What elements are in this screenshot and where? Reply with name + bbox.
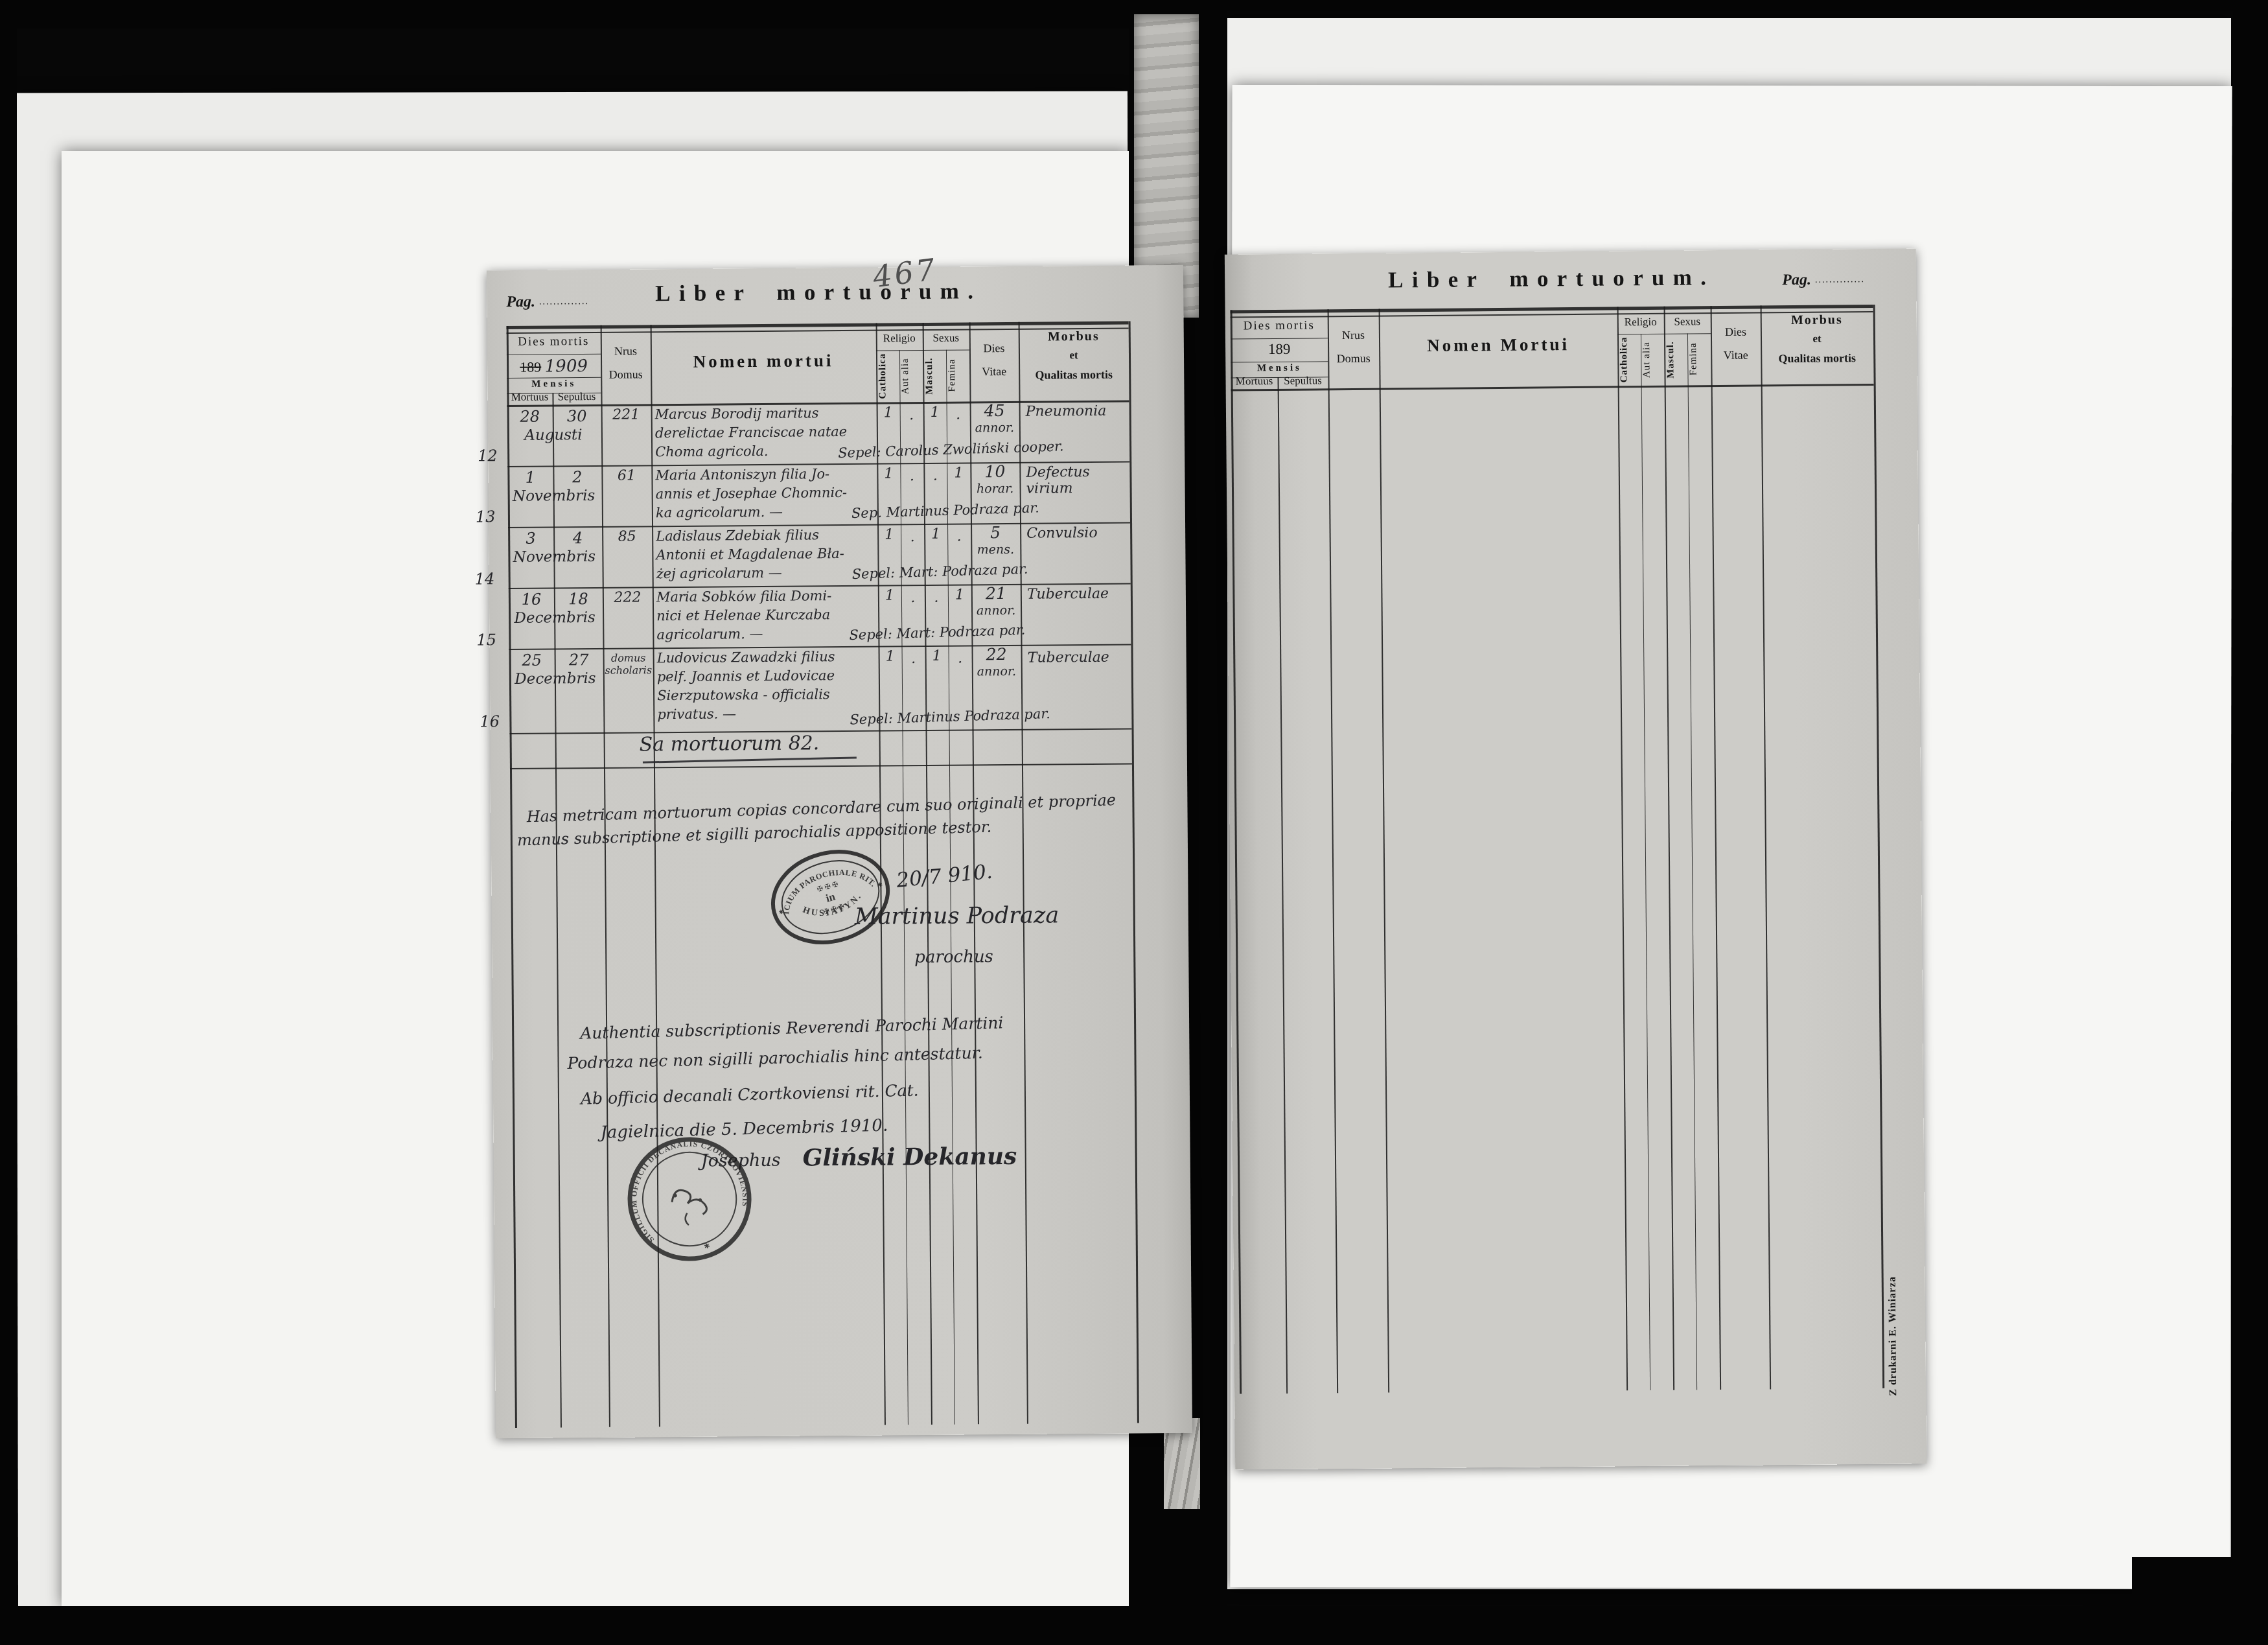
column-rule (1617, 307, 1628, 1390)
mark-mascul: 1 (925, 648, 949, 664)
summa-underline (643, 756, 857, 763)
oval-stamp-center: in (824, 890, 837, 904)
decanal-signature: Josephus Gliński Dekanus (701, 1143, 1017, 1172)
col-dies: Dies (1711, 325, 1761, 339)
frame-left (0, 0, 17, 1645)
mark-catholica: 1 (879, 648, 902, 664)
col-year: 189 1909 (507, 356, 601, 377)
decanal-line: Podraza nec non sigilli parochialis hinc… (567, 1044, 983, 1073)
col-sexus: Sexus (923, 331, 969, 345)
mortuus-day: 28 (507, 407, 553, 426)
mark-femina: . (947, 528, 971, 544)
col-femina: Femina (1688, 336, 1711, 382)
cause-of-death: Pneumonia (1026, 402, 1129, 419)
mark-mascul: 1 (924, 526, 947, 542)
table-rule (507, 354, 601, 355)
col-mortuus: Mortuus (1231, 375, 1277, 388)
table-row: 1 2 Novembris 61 Maria Antoniszyn filia … (488, 461, 1185, 527)
page-title: Liber mortuorum. (655, 278, 982, 307)
col-vitae: Vitae (969, 365, 1019, 379)
month: Augusti (505, 426, 602, 444)
house-number: 61 (601, 467, 651, 484)
mark-mascul: 1 (923, 404, 947, 421)
page-number-label: Pag. .............. (1782, 271, 1865, 289)
pag-word: Pag. (506, 294, 535, 310)
house-number: domus scholaris (605, 651, 653, 677)
parish-signature-name: Martinus Podraza (855, 902, 1059, 929)
name-of-deceased: Maria Antoniszyn filia Jo-annis et Josep… (655, 465, 876, 523)
col-mascul: Mascul. (1665, 336, 1688, 382)
frame-top-left (0, 0, 1129, 29)
frame-bottom (0, 1606, 2268, 1645)
col-nrus: Nrus (601, 344, 651, 358)
col-sepultus: Sepultus (1277, 374, 1328, 388)
col-femina: Femina (947, 352, 969, 399)
sepultus-day: 4 (553, 529, 602, 548)
name-of-deceased: Ladislaus Zdebiak filiusAntonii et Magda… (656, 526, 877, 584)
column-rule (1328, 309, 1339, 1393)
house-number: 85 (602, 528, 652, 545)
age-number: 10 (970, 462, 1019, 482)
col-dies-mortis: Dies mortis (1231, 318, 1328, 333)
age-number: 22 (972, 645, 1021, 664)
month: Decembris (507, 670, 604, 688)
printer-credit: Z drukarni E. Winiarza (1886, 1202, 1900, 1396)
col-aut-alia: Aut alia (1641, 336, 1664, 383)
cause-of-death: Defectus virium (1026, 463, 1129, 496)
pag-word: Pag. (1782, 272, 1811, 288)
col-morbus-3: Qualitas mortis (1019, 367, 1129, 382)
column-rule (1687, 333, 1697, 1390)
col-morbus-1: Morbus (1019, 329, 1129, 344)
frame-corner-bottom-right (2132, 1557, 2268, 1645)
column-rule (1761, 305, 1772, 1389)
age-unit: horar. (971, 482, 1020, 496)
scanned-register-spread: 467 Pag. .............. Liber mortuorum. (0, 0, 2268, 1645)
col-dies: Dies (969, 342, 1019, 356)
frame-top-right (1129, 0, 2268, 11)
sepultus-day: 27 (555, 651, 603, 670)
year-handwritten: 1909 (545, 356, 588, 377)
mark-aut-alia: . (900, 407, 923, 423)
age-unit: annor. (972, 664, 1021, 679)
register-page-left: 467 Pag. .............. Liber mortuorum. (487, 265, 1192, 1438)
col-morbus-3: Qualitas mortis (1761, 351, 1873, 366)
table-row: 25 27 Decembris domus scholaris Ludovicu… (490, 644, 1187, 733)
attestation-line: Has metricam mortuorum copias concordare… (526, 791, 1116, 826)
decanal-round-stamp: SIGILLUM OFFICII DECANALIS CZORTKOVIENSI… (608, 1118, 771, 1281)
mortuus-day: 16 (509, 590, 554, 609)
decanal-line: Jagielnica die 5. Decembris 1910. (600, 1116, 888, 1143)
col-aut-alia: Aut alia (900, 353, 923, 399)
table-row: 16 18 Decembris 222 Maria Sobków filia D… (489, 583, 1186, 649)
pag-dotted-line: .............. (539, 297, 589, 307)
table-row: 28 30 Augusti 221 Marcus Borodij maritus… (488, 400, 1185, 466)
col-morbus-1: Morbus (1761, 312, 1873, 329)
mark-aut-alia: . (902, 651, 925, 667)
year-printed: 189 (520, 359, 541, 375)
column-rule (1664, 307, 1675, 1390)
col-nomen: Nomen mortui (651, 351, 876, 373)
col-dies-mortis: Dies mortis (507, 334, 601, 349)
column-rule (1277, 377, 1288, 1394)
round-stamp-emblem (669, 1184, 710, 1228)
age-unit: mens. (971, 542, 1020, 557)
col-mascul: Mascul. (924, 353, 947, 399)
cause-of-death: Convulsio (1026, 524, 1130, 541)
attestation-date: 20/7 910. (896, 860, 993, 892)
month: Decembris (506, 609, 603, 627)
burial-officiant: Sepel: Martinus Podraza par. (850, 706, 1050, 727)
mark-femina: . (947, 406, 970, 423)
col-catholica: Catholica (877, 353, 900, 399)
age-number: 21 (971, 584, 1021, 603)
col-catholica: Catholica (1619, 336, 1641, 383)
col-mortuus: Mortuus (507, 390, 552, 404)
decanal-line: Authentia subscriptionis Reverendi Paroc… (580, 1013, 1004, 1043)
age-number: 5 (971, 523, 1020, 542)
col-religio: Religio (1617, 316, 1664, 329)
burial-officiant: Sep. Martinus Podraza par. (851, 500, 1039, 521)
mark-catholica: 1 (877, 465, 900, 482)
register-page-right: Liber mortuorum. Pag. .............. Die… (1225, 248, 1927, 1469)
col-nomen: Nomen Mortui (1379, 334, 1617, 356)
col-morbus-2: et (1019, 348, 1129, 362)
round-stamp-star: ✱ (703, 1242, 712, 1251)
mortuus-day: 25 (509, 651, 555, 670)
sepultus-day: 18 (554, 590, 603, 609)
sepultus-day: 30 (553, 407, 601, 426)
col-domus: Domus (1328, 352, 1379, 366)
col-mensis: Mensis (1231, 362, 1328, 374)
col-vitae: Vitae (1711, 348, 1761, 362)
age-unit: annor. (970, 421, 1019, 436)
mark-femina: 1 (947, 465, 970, 481)
col-mensis: Mensis (507, 379, 601, 390)
house-number: 222 (603, 589, 653, 606)
summa-mortuorum: Sa mortuorum 82. (640, 732, 820, 756)
month: Novembris (505, 548, 603, 566)
oval-stamp-star-right: ✱ (877, 881, 883, 889)
table-rule (1231, 338, 1328, 339)
sepultus-day: 2 (553, 468, 601, 487)
column-rule (1641, 334, 1650, 1390)
page-number-label: Pag. .............. (506, 293, 589, 311)
table-row: 3 4 Novembris 85 Ladislaus Zdebiak filiu… (489, 522, 1186, 588)
mark-catholica: 1 (877, 526, 901, 542)
house-number: 221 (601, 406, 651, 423)
mark-catholica: 1 (878, 587, 901, 603)
cause-of-death: Tuberculae (1027, 585, 1131, 602)
month: Novembris (505, 487, 603, 505)
burial-officiant: Sepel: Mart: Podraza par. (851, 561, 1028, 582)
col-sexus: Sexus (1664, 315, 1711, 329)
mark-aut-alia: . (901, 529, 924, 545)
mark-aut-alia: . (900, 468, 923, 484)
mark-femina: 1 (948, 587, 971, 603)
column-rule (1711, 306, 1722, 1390)
parish-signature-role: parochus (914, 947, 993, 967)
pag-dotted-line: .............. (1815, 275, 1865, 285)
name-of-deceased: Maria Sobków filia Domi-nici et Helenae … (656, 587, 877, 645)
mark-femina: . (949, 650, 972, 666)
age-unit: annor. (971, 603, 1021, 618)
mortuus-day: 1 (507, 468, 553, 487)
name-of-deceased: Ludovicus Zawadzki filiuspelf. Joannis e… (657, 647, 878, 725)
column-rule (1379, 309, 1390, 1393)
frame-right (2233, 0, 2268, 1645)
col-nrus: Nrus (1328, 329, 1379, 343)
age-number: 45 (970, 401, 1019, 421)
mark-aut-alia: . (901, 590, 925, 606)
mark-mascul: . (925, 590, 948, 606)
mark-catholica: 1 (877, 404, 900, 421)
column-rule (1873, 305, 1885, 1388)
col-morbus-2: et (1761, 332, 1873, 346)
col-domus: Domus (601, 367, 651, 382)
col-sepultus: Sepultus (552, 390, 601, 404)
cause-of-death: Tuberculae (1028, 649, 1131, 666)
decanal-line: Ab officio decanali Czortkoviensi rit. C… (581, 1081, 919, 1108)
mark-mascul: . (923, 468, 947, 484)
page-title: Liber mortuorum. (1388, 264, 1715, 293)
col-religio: Religio (876, 332, 923, 345)
col-year: 189 (1231, 340, 1328, 358)
mortuus-day: 3 (508, 529, 553, 548)
